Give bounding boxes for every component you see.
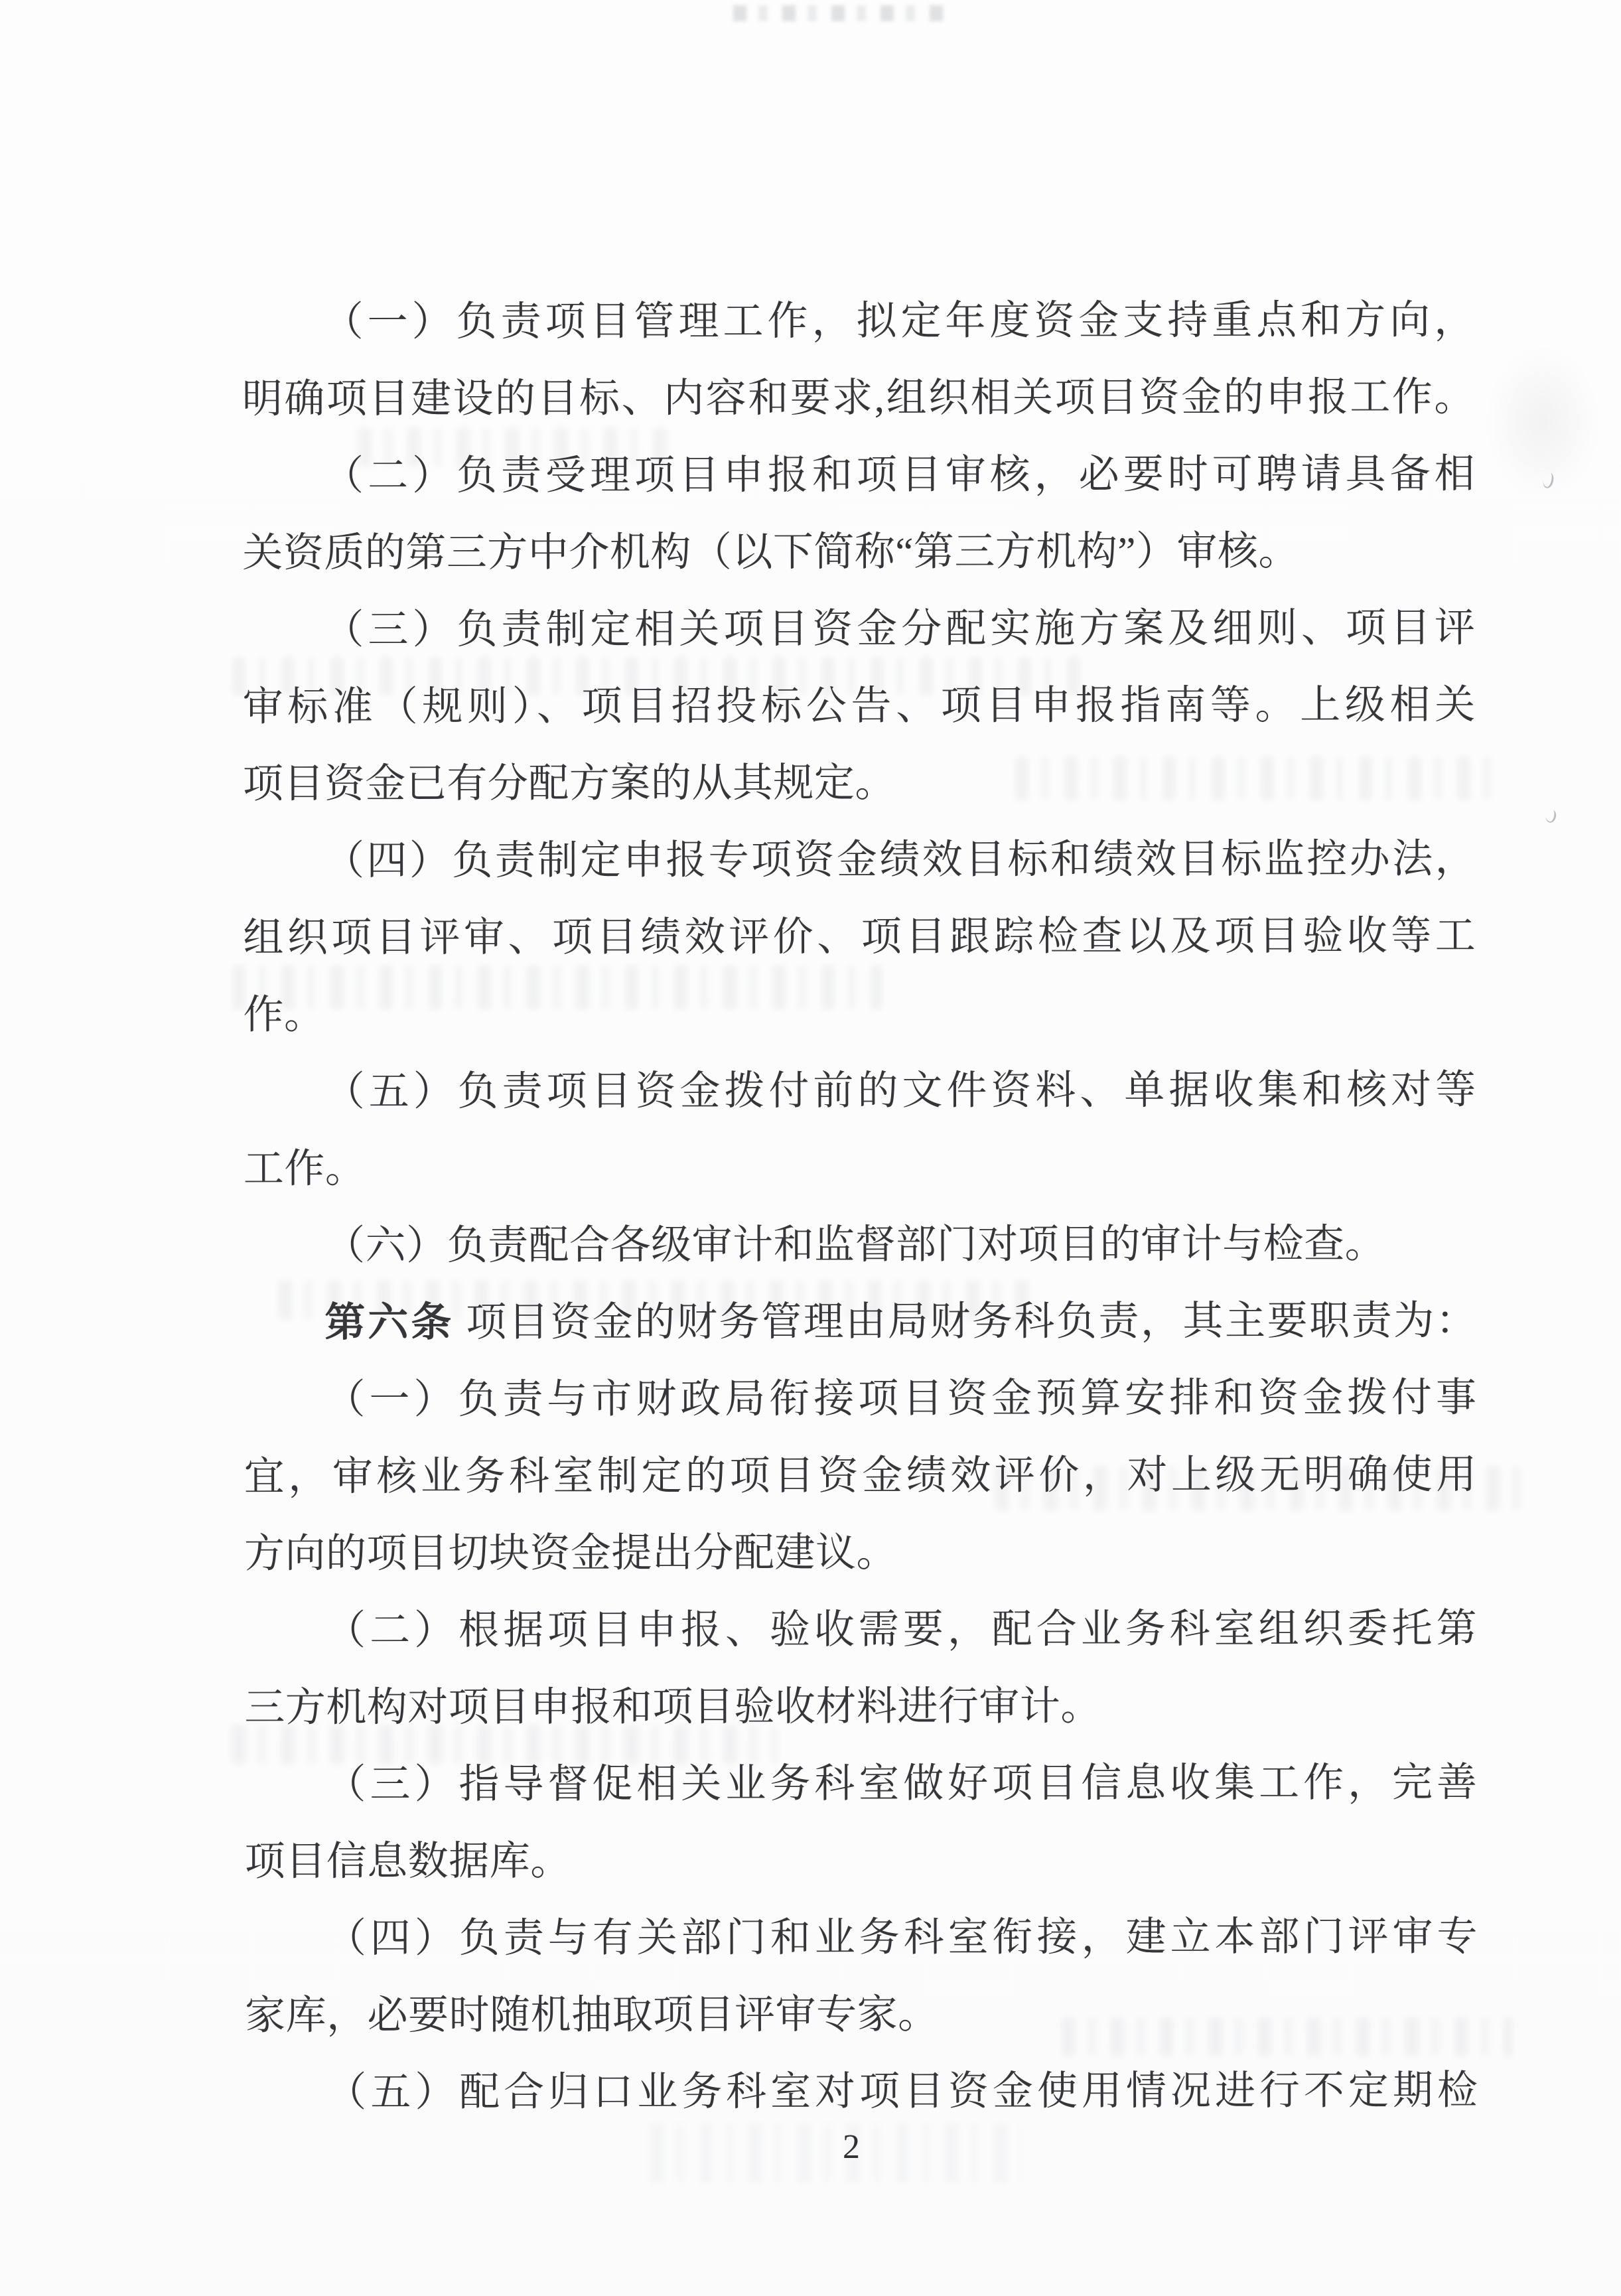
text-line: （一）负责项目管理工作，拟定年度资金支持重点和方向， (242, 282, 1475, 361)
text-line: （六）负责配合各级审计和监督部门对项目的审计与检查。 (244, 1206, 1476, 1285)
text-line: 明确项目建设的目标、内容和要求,组织相关项目资金的申报工作。 (242, 359, 1475, 438)
text-line: （五）负责项目资金拨付前的文件资料、单据收集和核对等 (244, 1052, 1476, 1131)
text-line: 作。 (243, 975, 1476, 1054)
text-line: 家库，必要时随机抽取项目评审专家。 (245, 1975, 1478, 2054)
text-line: 工作。 (244, 1129, 1476, 1208)
text-line: （一）负责与市财政局衔接项目资金预算安排和资金拨付事 (244, 1360, 1476, 1439)
document-page: （一）负责项目管理工作，拟定年度资金支持重点和方向，明确项目建设的目标、内容和要… (0, 0, 1621, 2296)
text-line: （四）负责制定申报专项资金绩效目标和绩效目标监控办法， (243, 821, 1476, 900)
text-line: 三方机构对项目申报和项目验收材料进行审计。 (244, 1668, 1477, 1747)
document-body: （一）负责项目管理工作，拟定年度资金支持重点和方向，明确项目建设的目标、内容和要… (242, 282, 1478, 2131)
margin-mark (1545, 808, 1557, 824)
text-line: 关资质的第三方中介机构（以下简称“第三方机构”）审核。 (242, 513, 1475, 592)
text-line: （五）配合归口业务科室对项目资金使用情况进行不定期检 (245, 2052, 1478, 2131)
text-line: 审标准（规则）、项目招投标公告、项目申报指南等。上级相关 (243, 667, 1476, 746)
text-line: （二）负责受理项目申报和项目审核，必要时可聘请具备相 (242, 436, 1475, 515)
page-number: 2 (818, 2127, 884, 2167)
article-number: 第六条 (324, 1301, 454, 1345)
text-line: （二）根据项目申报、验收需要，配合业务科室组织委托第 (244, 1591, 1477, 1670)
text-line: 宜，审核业务科室制定的项目资金绩效评价，对上级无明确使用 (244, 1437, 1477, 1516)
text-line: （三）负责制定相关项目资金分配实施方案及细则、项目评 (242, 590, 1475, 669)
scan-smudge (1486, 345, 1599, 498)
text-line: 方向的项目切块资金提出分配建议。 (244, 1514, 1477, 1593)
text-line: 项目资金已有分配方案的从其规定。 (243, 744, 1476, 823)
scan-smudge (733, 5, 946, 21)
text-line: （三）指导督促相关业务科室做好项目信息收集工作，完善 (244, 1745, 1477, 1824)
text-line: 第六条 项目资金的财务管理由局财务科负责，其主要职责为： (244, 1283, 1476, 1362)
text-line: （四）负责与有关部门和业务科室衔接，建立本部门评审专 (245, 1899, 1478, 1977)
text-line: 项目信息数据库。 (245, 1822, 1478, 1901)
text-line: 组织项目评审、项目绩效评价、项目跟踪检查以及项目验收等工 (243, 898, 1476, 977)
